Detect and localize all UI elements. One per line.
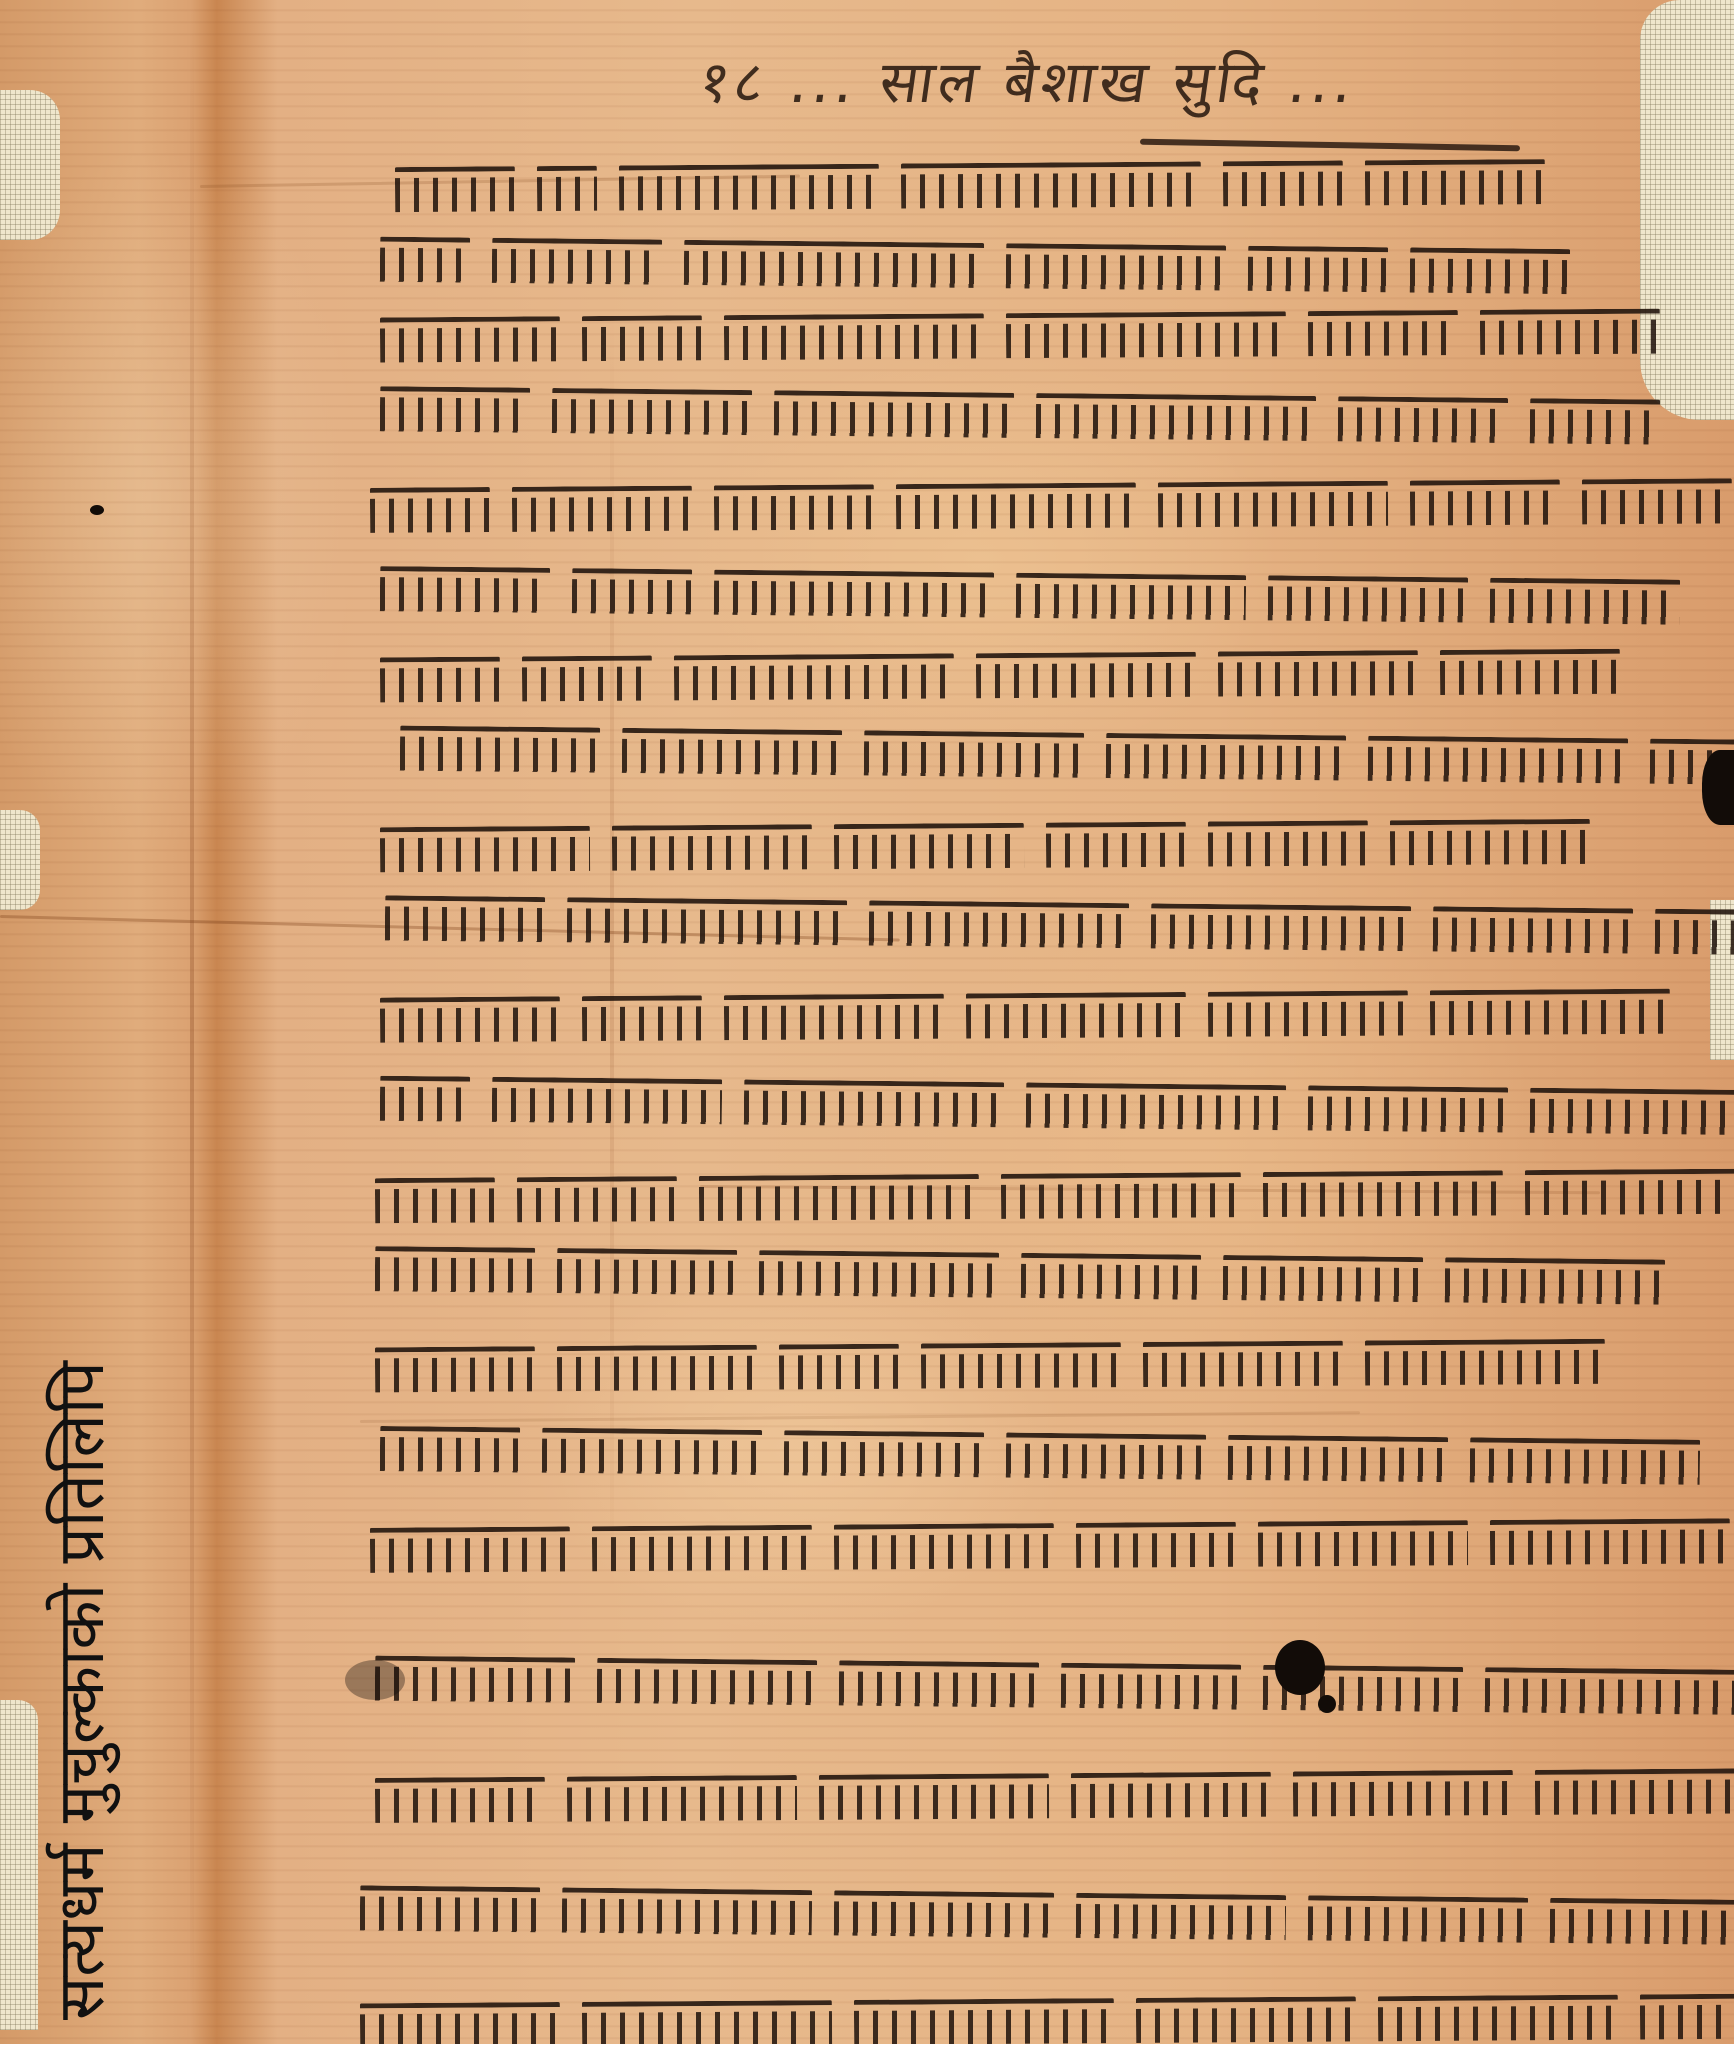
handwritten-word [370, 487, 490, 535]
handwritten-word [1293, 1770, 1513, 1819]
handwritten-word [567, 1775, 797, 1824]
handwritten-word [1490, 578, 1680, 627]
handwritten-word [674, 653, 954, 702]
handwritten-word [1223, 1255, 1423, 1304]
handwritten-line [370, 465, 1734, 535]
vertical-crease-left [190, 0, 194, 2044]
handwritten-word [724, 313, 984, 362]
handwritten-line [395, 146, 1567, 214]
handwritten-line [380, 224, 1593, 297]
handwritten-word [779, 1344, 899, 1392]
handwritten-word [1338, 396, 1508, 445]
handwritten-word [1365, 1339, 1605, 1388]
handwritten-word [1525, 1168, 1734, 1217]
handwritten-word [537, 166, 597, 213]
cloth-backing-left-bottom [0, 1700, 38, 2030]
handwritten-line [380, 806, 1612, 875]
handwritten-word [784, 1430, 984, 1479]
handwritten-line [380, 636, 1642, 705]
handwritten-word [562, 1888, 812, 1938]
handwritten-word [380, 1076, 470, 1124]
handwritten-word [839, 1660, 1039, 1709]
handwritten-word [714, 484, 874, 532]
handwritten-word [567, 897, 847, 947]
handwritten-word [557, 1248, 737, 1297]
handwritten-word [854, 1998, 1114, 2044]
handwritten-word [724, 994, 944, 1043]
handwritten-word [512, 486, 692, 534]
handwritten-word [1368, 736, 1628, 786]
handwritten-word [1136, 1996, 1356, 2044]
handwritten-word [684, 240, 984, 290]
handwritten-word [819, 1773, 1049, 1822]
handwritten-word [380, 1426, 520, 1474]
handwritten-word [395, 166, 515, 214]
handwritten-word [896, 482, 1136, 531]
handwritten-word [774, 390, 1014, 440]
handwritten-word [869, 900, 1129, 950]
handwritten-word [1490, 1518, 1730, 1567]
handwritten-word [1530, 398, 1660, 446]
handwritten-word [1258, 1520, 1468, 1568]
handwritten-word [1445, 1257, 1665, 1306]
handwritten-word [1308, 310, 1458, 358]
handwritten-word [834, 823, 1024, 871]
handwritten-line [360, 1980, 1734, 2044]
handwritten-word [1480, 309, 1660, 357]
handwritten-word [1248, 246, 1388, 294]
handwritten-word [612, 824, 812, 872]
handwritten-word [582, 995, 702, 1043]
handwritten-word [1006, 311, 1286, 360]
handwritten-word [1076, 1522, 1236, 1570]
handwritten-word [380, 826, 590, 874]
handwritten-line [380, 975, 1692, 1044]
handwritten-word [1263, 1170, 1503, 1219]
handwritten-word [619, 164, 879, 213]
handwritten-word [834, 1890, 1054, 1939]
handwritten-word [714, 570, 994, 620]
handwritten-word [1535, 1768, 1734, 1817]
handwritten-word [380, 316, 560, 364]
handwritten-word [1016, 573, 1246, 622]
handwritten-word [1218, 650, 1418, 698]
handwritten-line [375, 1755, 1734, 1825]
handwritten-line [380, 295, 1682, 364]
handwritten-word [1410, 480, 1560, 528]
handwritten-word [380, 566, 550, 615]
handwritten-word [492, 238, 662, 287]
handwritten-word [1021, 1253, 1201, 1302]
handwritten-word [1485, 1667, 1734, 1717]
paper-hole [1702, 750, 1734, 825]
handwritten-word [699, 1174, 979, 1223]
handwritten-word [1433, 906, 1633, 955]
handwritten-word [360, 1885, 540, 1934]
handwritten-word [744, 1080, 1004, 1130]
handwritten-word [1268, 575, 1468, 624]
handwritten-word [1036, 393, 1316, 443]
handwritten-word [522, 656, 652, 704]
handwritten-word [370, 1526, 570, 1574]
handwritten-word [492, 1077, 722, 1126]
handwritten-word [1530, 1088, 1734, 1137]
handwritten-word [375, 1177, 495, 1225]
handwritten-word [1550, 1898, 1734, 1948]
handwritten-word [1106, 733, 1346, 783]
handwritten-word [1158, 481, 1388, 530]
handwritten-word [1308, 1895, 1528, 1944]
handwritten-word [1046, 822, 1186, 870]
handwritten-word [1026, 1082, 1286, 1132]
handwritten-word [1470, 1437, 1700, 1486]
handwritten-word [380, 386, 530, 435]
document-caption: सत्यधर्म मुचुल्काको प्रतिलिपि [50, 1361, 114, 2020]
handwritten-word [966, 992, 1186, 1041]
handwritten-word [1655, 909, 1734, 958]
handwritten-word [759, 1250, 999, 1300]
handwritten-word [921, 1342, 1121, 1390]
manuscript-page: १८ ... साल बैशाख सुदि ... सत्यधर्म मुचुल… [0, 0, 1734, 2044]
handwritten-word [517, 1176, 677, 1224]
handwritten-word [834, 1523, 1054, 1572]
handwritten-word [1365, 159, 1545, 207]
handwritten-word [557, 1345, 757, 1393]
ink-blot [1275, 1640, 1325, 1695]
handwritten-word [582, 2000, 832, 2044]
handwritten-word [582, 315, 702, 363]
handwritten-word [901, 161, 1201, 210]
handwritten-word [592, 1525, 812, 1574]
cloth-backing-right-top [1640, 0, 1734, 420]
ink-smudge [345, 1660, 405, 1700]
handwritten-word [1440, 649, 1620, 697]
manuscript-heading: १८ ... साल बैशाख सुदि ... [694, 40, 1362, 119]
handwritten-word [1410, 247, 1570, 296]
handwritten-word [1006, 1433, 1206, 1482]
handwritten-word [1076, 1893, 1286, 1942]
handwritten-word [1208, 990, 1408, 1038]
handwritten-word [1006, 243, 1226, 292]
handwritten-line [370, 1505, 1734, 1575]
cloth-backing-left-mid [0, 810, 40, 910]
ink-spot [90, 505, 104, 515]
handwritten-word [1390, 819, 1590, 867]
handwritten-word [375, 1777, 545, 1825]
handwritten-line [375, 1155, 1734, 1225]
handwritten-word [375, 1246, 535, 1295]
handwritten-word [976, 652, 1196, 701]
handwritten-word [597, 1658, 817, 1707]
handwritten-word [1208, 820, 1368, 868]
handwritten-word [1061, 1663, 1241, 1712]
handwritten-line [375, 1326, 1627, 1395]
handwritten-word [1430, 989, 1670, 1038]
handwritten-word [572, 568, 692, 616]
handwritten-word [1228, 1435, 1448, 1484]
handwritten-word [552, 388, 752, 437]
handwritten-word [1223, 160, 1343, 208]
handwritten-word [1378, 1995, 1618, 2044]
handwritten-word [1001, 1172, 1241, 1221]
handwritten-word [360, 2002, 560, 2044]
handwritten-word [542, 1428, 762, 1477]
handwritten-word [864, 730, 1084, 779]
handwritten-word [1308, 1085, 1508, 1134]
handwritten-word [1582, 478, 1732, 526]
handwritten-word [1151, 903, 1411, 953]
handwritten-word [1071, 1772, 1271, 1820]
handwritten-word [385, 895, 545, 944]
handwritten-word [380, 996, 560, 1044]
handwritten-word [622, 728, 842, 777]
ink-blot [1318, 1695, 1336, 1713]
handwritten-word [375, 1346, 535, 1394]
handwritten-word [380, 237, 470, 285]
handwritten-word [400, 726, 600, 775]
handwritten-word [380, 657, 500, 705]
handwritten-word [1640, 1993, 1734, 2042]
handwritten-word [1143, 1341, 1343, 1389]
cloth-backing-left-top [0, 90, 60, 240]
